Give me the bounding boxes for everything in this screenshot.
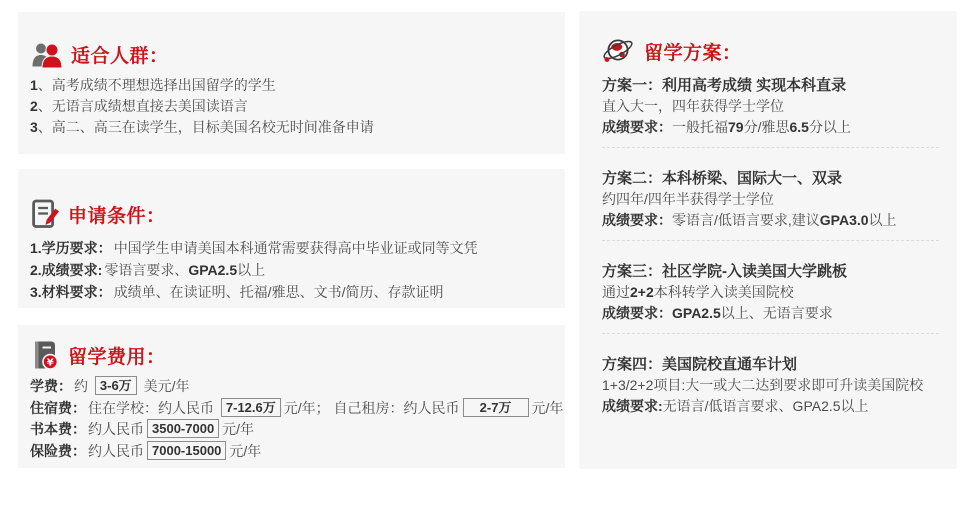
text-segment: 成绩要求： bbox=[602, 305, 672, 321]
text-segment: 无语言/低语言要求、GPA2.5以上 bbox=[663, 398, 869, 414]
plan-divider bbox=[602, 147, 939, 148]
fee-value-box: 3500-7000 bbox=[147, 419, 219, 438]
text-segment: 以上、无语言要求 bbox=[721, 305, 833, 321]
fees-title: 留学费用： bbox=[68, 342, 166, 369]
text-segment: 本科转学入读美国院校 bbox=[654, 284, 794, 300]
fees-list: 学费：约 3-6万 美元/年住宿费：住在学校：约人民币 7-12.6万元/年； … bbox=[30, 376, 555, 462]
item-label: 书本费： bbox=[30, 421, 86, 437]
item-number: 3 bbox=[30, 119, 38, 135]
text-segment: 成绩要求: bbox=[602, 398, 663, 414]
audience-title: 适合人群： bbox=[71, 41, 169, 68]
text-segment: 中国学生申请美国本科通常需要获得高中毕业证或同等文凭 bbox=[114, 240, 478, 256]
plans-header: 留学方案： bbox=[579, 11, 957, 67]
text-segment: 住在学校：约人民币 bbox=[88, 400, 218, 416]
audience-item: 3、高二、高三在读学生，目标美国名校无时间准备申请 bbox=[30, 117, 549, 138]
item-number: 1 bbox=[30, 77, 38, 93]
text-segment: 分以上 bbox=[809, 119, 851, 135]
text-segment: 元/年 bbox=[222, 421, 254, 437]
text-segment: 成绩单、在读证明、托福/雅思、文书/简历、存款证明 bbox=[114, 284, 444, 300]
fee-item: 书本费：约人民币3500-7000元/年 bbox=[30, 419, 555, 441]
text-segment: 元/年； 自己租房：约人民币 bbox=[284, 400, 460, 416]
text-segment: 零语言要求、 bbox=[104, 262, 188, 278]
plan-req: 成绩要求：一般托福79分/雅思6.5分以上 bbox=[602, 117, 941, 138]
plan-divider bbox=[602, 333, 939, 334]
text-segment: 约人民币 bbox=[88, 443, 144, 459]
plans-section: 留学方案： 方案一：利用高考成绩 实现本科直录直入大一，四年获得学士学位成绩要求… bbox=[579, 11, 957, 469]
item-number: 2 bbox=[30, 98, 38, 114]
text-segment: 一般托福 bbox=[672, 119, 728, 135]
text-segment: 6.5 bbox=[789, 119, 808, 135]
text-segment: 约 bbox=[74, 378, 92, 394]
text-segment: 成绩要求： bbox=[602, 212, 672, 228]
plan-item: 方案一：利用高考成绩 实现本科直录直入大一，四年获得学士学位成绩要求：一般托福7… bbox=[602, 75, 941, 138]
text-segment: GPA2.5 bbox=[188, 262, 237, 278]
fee-value-box: 7-12.6万 bbox=[221, 398, 281, 417]
item-label: 保险费： bbox=[30, 443, 86, 459]
text-segment: 零语言/低语言要求,建议 bbox=[672, 212, 820, 228]
text-segment: 、高二、高三在读学生，目标美国名校无时间准备申请 bbox=[38, 119, 374, 135]
plan-divider bbox=[602, 240, 939, 241]
audience-item: 1、高考成绩不理想选择出国留学的学生 bbox=[30, 75, 549, 96]
plan-item: 方案四：美国院校直通车计划1+3/2+2项目:大一或大二达到要求即可升读美国院校… bbox=[602, 354, 941, 417]
text-segment: 直入大一，四年获得学士学位 bbox=[602, 98, 784, 114]
text-segment: 雅思 bbox=[761, 119, 789, 135]
text-segment: 、高考成绩不理想选择出国留学的学生 bbox=[38, 77, 276, 93]
condition-item: 2.成绩要求:零语言要求、GPA2.5以上 bbox=[30, 259, 549, 281]
text-segment: 约人民币 bbox=[88, 421, 144, 437]
item-label: 住宿费： bbox=[30, 400, 86, 416]
text-segment: 元/年 bbox=[532, 400, 564, 416]
item-label: 1.学历要求： bbox=[30, 240, 112, 256]
text-segment: 约四年/四年半获得学士学位 bbox=[602, 191, 774, 207]
text-segment: GPA3.0 bbox=[820, 212, 869, 228]
text-segment: 2+2 bbox=[630, 284, 654, 300]
fee-value-box: 2-7万 bbox=[463, 398, 529, 417]
item-label: 2.成绩要求: bbox=[30, 262, 102, 278]
plan-desc: 通过2+2本科转学入读美国院校 bbox=[602, 282, 941, 303]
plan-name: 方案一：利用高考成绩 实现本科直录 bbox=[602, 75, 941, 96]
fee-value-box: 7000-15000 bbox=[147, 441, 226, 460]
text-segment: GPA2.5 bbox=[672, 305, 721, 321]
plan-desc: 直入大一，四年获得学士学位 bbox=[602, 96, 941, 117]
condition-item: 3.材料要求：成绩单、在读证明、托福/雅思、文书/简历、存款证明 bbox=[30, 281, 549, 303]
plan-name: 方案二：本科桥梁、国际大一、双录 bbox=[602, 168, 941, 189]
people-icon bbox=[32, 42, 62, 68]
plan-item: 方案二：本科桥梁、国际大一、双录约四年/四年半获得学士学位成绩要求：零语言/低语… bbox=[602, 168, 941, 231]
fee-value-box: 3-6万 bbox=[95, 376, 137, 395]
item-label: 3.材料要求： bbox=[30, 284, 112, 300]
text-segment: 79 bbox=[728, 119, 744, 135]
fee-item: 学费：约 3-6万 美元/年 bbox=[30, 376, 555, 398]
fees-section: ¥ 留学费用： 学费：约 3-6万 美元/年住宿费：住在学校：约人民币 7-12… bbox=[18, 325, 565, 468]
plan-req: 成绩要求：GPA2.5以上、无语言要求 bbox=[602, 303, 941, 324]
text-segment: 元/年 bbox=[229, 443, 261, 459]
plan-req: 成绩要求:无语言/低语言要求、GPA2.5以上 bbox=[602, 396, 941, 417]
plan-item: 方案三：社区学院-入读美国大学跳板通过2+2本科转学入读美国院校成绩要求：GPA… bbox=[602, 261, 941, 324]
plans-title: 留学方案： bbox=[644, 38, 742, 65]
conditions-list: 1.学历要求：中国学生申请美国本科通常需要获得高中毕业证或同等文凭2.成绩要求:… bbox=[30, 237, 549, 303]
text-segment: 成绩要求： bbox=[602, 119, 672, 135]
conditions-section: 申请条件： 1.学历要求：中国学生申请美国本科通常需要获得高中毕业证或同等文凭2… bbox=[18, 169, 565, 308]
planet-icon bbox=[601, 35, 635, 67]
fee-item: 住宿费：住在学校：约人民币 7-12.6万元/年； 自己租房：约人民币2-7万元… bbox=[30, 398, 555, 420]
text-segment: 以上 bbox=[237, 262, 265, 278]
plan-desc: 1+3/2+2项目:大一或大二达到要求即可升读美国院校 bbox=[602, 375, 941, 396]
text-segment: 以上 bbox=[869, 212, 897, 228]
text-segment: 、无语言成绩想直接去美国读语言 bbox=[38, 98, 248, 114]
audience-item: 2、无语言成绩想直接去美国读语言 bbox=[30, 96, 549, 117]
text-segment: 通过 bbox=[602, 284, 630, 300]
text-segment: 美元/年 bbox=[140, 378, 190, 394]
plan-name: 方案三：社区学院-入读美国大学跳板 bbox=[602, 261, 941, 282]
audience-header: 适合人群： bbox=[18, 12, 565, 68]
condition-item: 1.学历要求：中国学生申请美国本科通常需要获得高中毕业证或同等文凭 bbox=[30, 237, 549, 259]
text-segment: 1+3/2+2项目:大一或大二达到要求即可升读美国院校 bbox=[602, 377, 923, 393]
fee-item: 保险费：约人民币7000-15000元/年 bbox=[30, 441, 555, 463]
conditions-header: 申请条件： bbox=[18, 169, 565, 229]
plans-list: 方案一：利用高考成绩 实现本科直录直入大一，四年获得学士学位成绩要求：一般托福7… bbox=[602, 75, 941, 417]
conditions-title: 申请条件： bbox=[68, 201, 166, 228]
audience-section: 适合人群： 1、高考成绩不理想选择出国留学的学生2、无语言成绩想直接去美国读语言… bbox=[18, 12, 565, 154]
plan-name: 方案四：美国院校直通车计划 bbox=[602, 354, 941, 375]
plan-req: 成绩要求：零语言/低语言要求,建议GPA3.0以上 bbox=[602, 210, 941, 231]
document-pen-icon bbox=[32, 199, 59, 229]
svg-text:¥: ¥ bbox=[47, 357, 54, 368]
money-card-icon: ¥ bbox=[32, 340, 59, 370]
text-segment: 分/ bbox=[744, 119, 762, 135]
fees-header: ¥ 留学费用： bbox=[18, 325, 565, 370]
item-label: 学费： bbox=[30, 378, 72, 394]
plan-desc: 约四年/四年半获得学士学位 bbox=[602, 189, 941, 210]
audience-list: 1、高考成绩不理想选择出国留学的学生2、无语言成绩想直接去美国读语言3、高二、高… bbox=[30, 75, 549, 138]
